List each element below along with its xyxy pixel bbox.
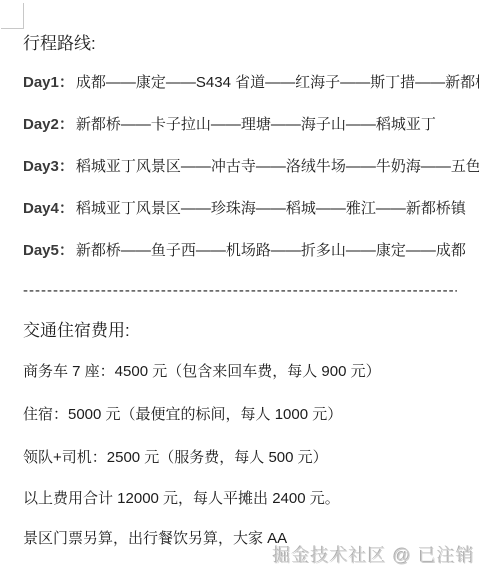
day2-route: 新都桥——卡子拉山——理塘——海子山——稻城亚丁 — [76, 116, 436, 133]
itinerary-day1-line: Day1：成都——康定——S434 省道——红海子——斯丁措——新都桥 — [23, 73, 479, 93]
cost-line-vehicle: 商务车 7 座：4500 元（包含来回车费，每人 900 元） — [23, 362, 381, 382]
cost-line-guide-driver: 领队+司机：2500 元（服务费，每人 500 元） — [23, 448, 328, 468]
itinerary-heading: 行程路线: — [23, 33, 96, 55]
day2-label: Day2： — [23, 116, 74, 133]
day1-route: 成都——康定——S434 省道——红海子——斯丁措——新都桥 — [76, 74, 479, 91]
itinerary-day4-line: Day4：稻城亚丁风景区——珍珠海——稻城——雅江——新都桥镇 — [23, 199, 466, 219]
document-page: 行程路线: Day1：成都——康定——S434 省道——红海子——斯丁措——新都… — [0, 0, 479, 585]
day5-route: 新都桥——鱼子西——机场路——折多山——康定——成都 — [76, 242, 466, 259]
cost-line-total: 以上费用合计 12000 元，每人平摊出 2400 元。 — [23, 489, 340, 509]
page-corner-mark-vertical — [23, 3, 24, 29]
site-watermark: 掘金技术社区 @ 已注销 — [273, 544, 475, 568]
cost-line-extras: 景区门票另算，出行餐饮另算，大家 AA — [23, 529, 287, 549]
section-divider: ----------------------------------------… — [23, 281, 457, 301]
day4-route: 稻城亚丁风景区——珍珠海——稻城——雅江——新都桥镇 — [76, 200, 466, 217]
day1-label: Day1： — [23, 74, 74, 91]
day4-label: Day4： — [23, 200, 74, 217]
cost-line-lodging: 住宿：5000 元（最便宜的标间，每人 1000 元） — [23, 405, 342, 425]
itinerary-day5-line: Day5：新都桥——鱼子西——机场路——折多山——康定——成都 — [23, 241, 466, 261]
itinerary-day3-line: Day3：稻城亚丁风景区——冲古寺——洛绒牛场——牛奶海——五色海 — [23, 157, 479, 177]
costs-heading: 交通住宿费用: — [23, 320, 130, 342]
day3-route: 稻城亚丁风景区——冲古寺——洛绒牛场——牛奶海——五色海 — [76, 158, 479, 175]
itinerary-day2-line: Day2：新都桥——卡子拉山——理塘——海子山——稻城亚丁 — [23, 115, 436, 135]
day5-label: Day5： — [23, 242, 74, 259]
day3-label: Day3： — [23, 158, 74, 175]
page-corner-mark-horizontal — [1, 28, 24, 29]
